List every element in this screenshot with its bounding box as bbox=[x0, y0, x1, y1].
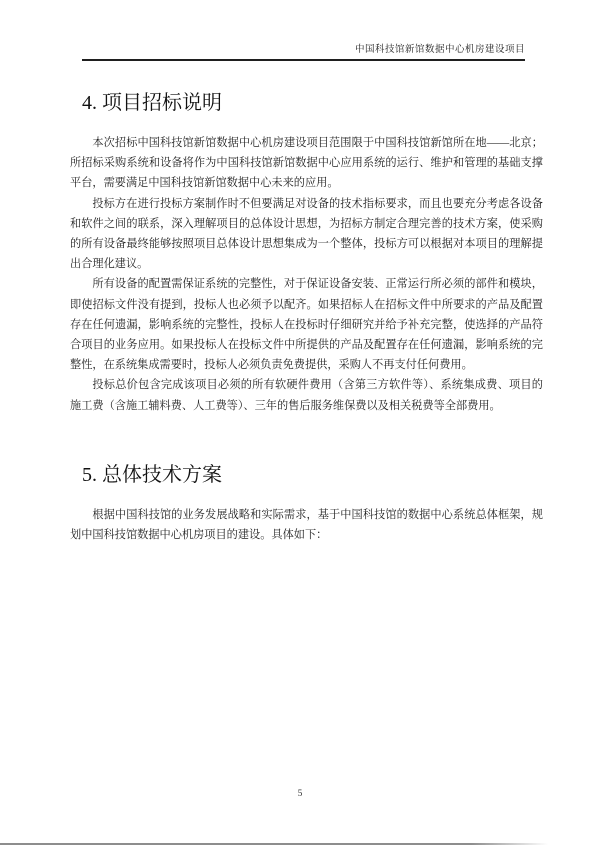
page-bottom-edge bbox=[0, 843, 548, 845]
document-page: 中国科技馆新馆数据中心机房建设项目 4. 项目招标说明 本次招标中国科技馆新馆数… bbox=[0, 0, 600, 851]
section-4-heading: 4. 项目招标说明 bbox=[82, 90, 543, 116]
section-4-paragraph-3: 所有设备的配置需保证系统的完整性，对于保证设备安装、正常运行所必须的部件和模块，… bbox=[70, 274, 543, 375]
section-4-paragraph-1: 本次招标中国科技馆新馆数据中心机房建设项目范围限于中国科技馆新馆所在地——北京；… bbox=[70, 133, 543, 194]
page-footer: 5 bbox=[0, 789, 600, 799]
section-4-paragraph-2: 投标方在进行投标方案制作时不但要满足对设备的技术指标要求，而且也要充分考虑各设备… bbox=[70, 194, 543, 275]
header-rule bbox=[82, 59, 525, 61]
section-5-heading: 5. 总体技术方案 bbox=[82, 462, 543, 488]
page-header: 中国科技馆新馆数据中心机房建设项目 bbox=[82, 44, 525, 61]
document-body: 4. 项目招标说明 本次招标中国科技馆新馆数据中心机房建设项目范围限于中国科技馆… bbox=[70, 90, 543, 545]
section-5-paragraph-1: 根据中国科技馆的业务发展战略和实际需求，基于中国科技馆的数据中心系统总体框架，规… bbox=[70, 505, 543, 545]
header-title: 中国科技馆新馆数据中心机房建设项目 bbox=[82, 44, 525, 56]
page-number: 5 bbox=[298, 789, 303, 799]
section-4-paragraph-4: 投标总价包含完成该项目必须的所有软硬件费用（含第三方软件等）、系统集成费、项目的… bbox=[70, 375, 543, 415]
